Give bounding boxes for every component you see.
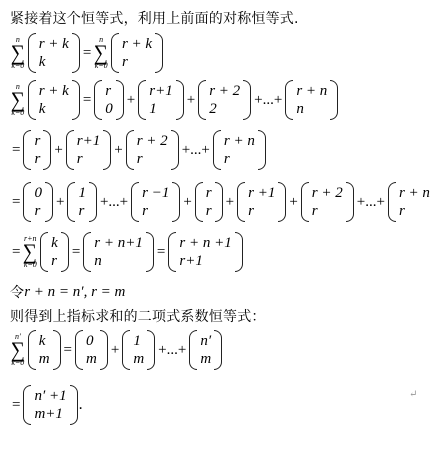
equals: = <box>12 194 20 211</box>
binomial: r + nr <box>388 182 430 222</box>
binomial: r + kk <box>28 80 80 120</box>
binomial: 0m <box>75 330 108 370</box>
binomial: r + n+1n <box>83 232 154 272</box>
equation-line-7: = n′ +1m+1 . <box>10 385 83 425</box>
binomial: r0 <box>94 80 124 120</box>
summation: n ∑ k=0 <box>10 36 26 70</box>
equals: = <box>83 45 91 62</box>
equation-line-6: n′ ∑ k=0 km = 0m + 1m +...+ n′m <box>10 330 223 370</box>
binomial: r + n +1r+1 <box>168 232 242 272</box>
intro-text: 紧接着这个恒等式，利用上前面的对称恒等式. <box>10 8 299 28</box>
equation-line-3: = rr + r+1r + r + 2r +...+ r + nr <box>10 130 267 170</box>
sigma-icon: ∑ <box>11 341 25 359</box>
ellipsis: +...+ <box>182 142 210 159</box>
sigma-icon: ∑ <box>11 91 25 109</box>
paragraph-return-icon: ↵ <box>409 389 417 400</box>
equation-line-2: n ∑ k=0 r + kk = r0 + r+11 + r + 22 +...… <box>10 80 339 120</box>
equation-line-1: n ∑ k=0 r + kk = n ∑ k=0 r + kr <box>10 33 164 73</box>
binomial: r + 2r <box>301 182 354 222</box>
let-expression: r + n = n′, r = m <box>24 284 125 301</box>
binomial: r + nn <box>285 80 338 120</box>
binomial: r +1r <box>237 182 286 222</box>
equals: = <box>12 244 20 261</box>
binomial: r + kk <box>28 33 80 73</box>
binomial: n′ +1m+1 <box>23 385 77 425</box>
ellipsis: +...+ <box>254 92 282 109</box>
ellipsis: +...+ <box>357 194 385 211</box>
binomial: r+1r <box>66 130 111 170</box>
equation-line-5: = r+n ∑ k=0 kr = r + n+1n = r + n +1r+1 <box>10 232 244 272</box>
binomial: 1m <box>122 330 155 370</box>
summation: n′ ∑ k=0 <box>10 333 26 367</box>
binomial: r + 22 <box>198 80 251 120</box>
equals: = <box>83 92 91 109</box>
binomial: n′m <box>189 330 222 370</box>
sigma-icon: ∑ <box>11 44 25 62</box>
summation: n ∑ k=0 <box>10 83 26 117</box>
summation: r+n ∑ k=0 <box>22 235 38 269</box>
binomial: rr <box>195 182 223 222</box>
binomial: 0r <box>23 182 53 222</box>
binomial: 1r <box>67 182 97 222</box>
equation-line-4: = 0r + 1r +...+ r −1r + rr + r +1r + r +… <box>10 182 430 222</box>
period: . <box>79 396 83 414</box>
binomial: r + kr <box>111 33 163 73</box>
equals: = <box>12 142 20 159</box>
let-text: 令 <box>10 282 24 302</box>
binomial: rr <box>23 130 51 170</box>
summation: n ∑ k=0 <box>93 36 109 70</box>
binomial: r + nr <box>213 130 266 170</box>
binomial: r+11 <box>138 80 183 120</box>
ellipsis: +...+ <box>100 194 128 211</box>
sigma-icon: ∑ <box>23 243 37 261</box>
substitution-line: 令 r + n = n′, r = m <box>10 282 125 302</box>
binomial: kr <box>40 232 69 272</box>
binomial: km <box>28 330 61 370</box>
binomial: r −1r <box>131 182 180 222</box>
conclusion-text: 则得到上指标求和的二项式系数恒等式： <box>10 306 266 326</box>
ellipsis: +...+ <box>158 342 186 359</box>
equals: = <box>12 397 20 414</box>
sigma-icon: ∑ <box>94 44 108 62</box>
binomial: r + 2r <box>126 130 179 170</box>
